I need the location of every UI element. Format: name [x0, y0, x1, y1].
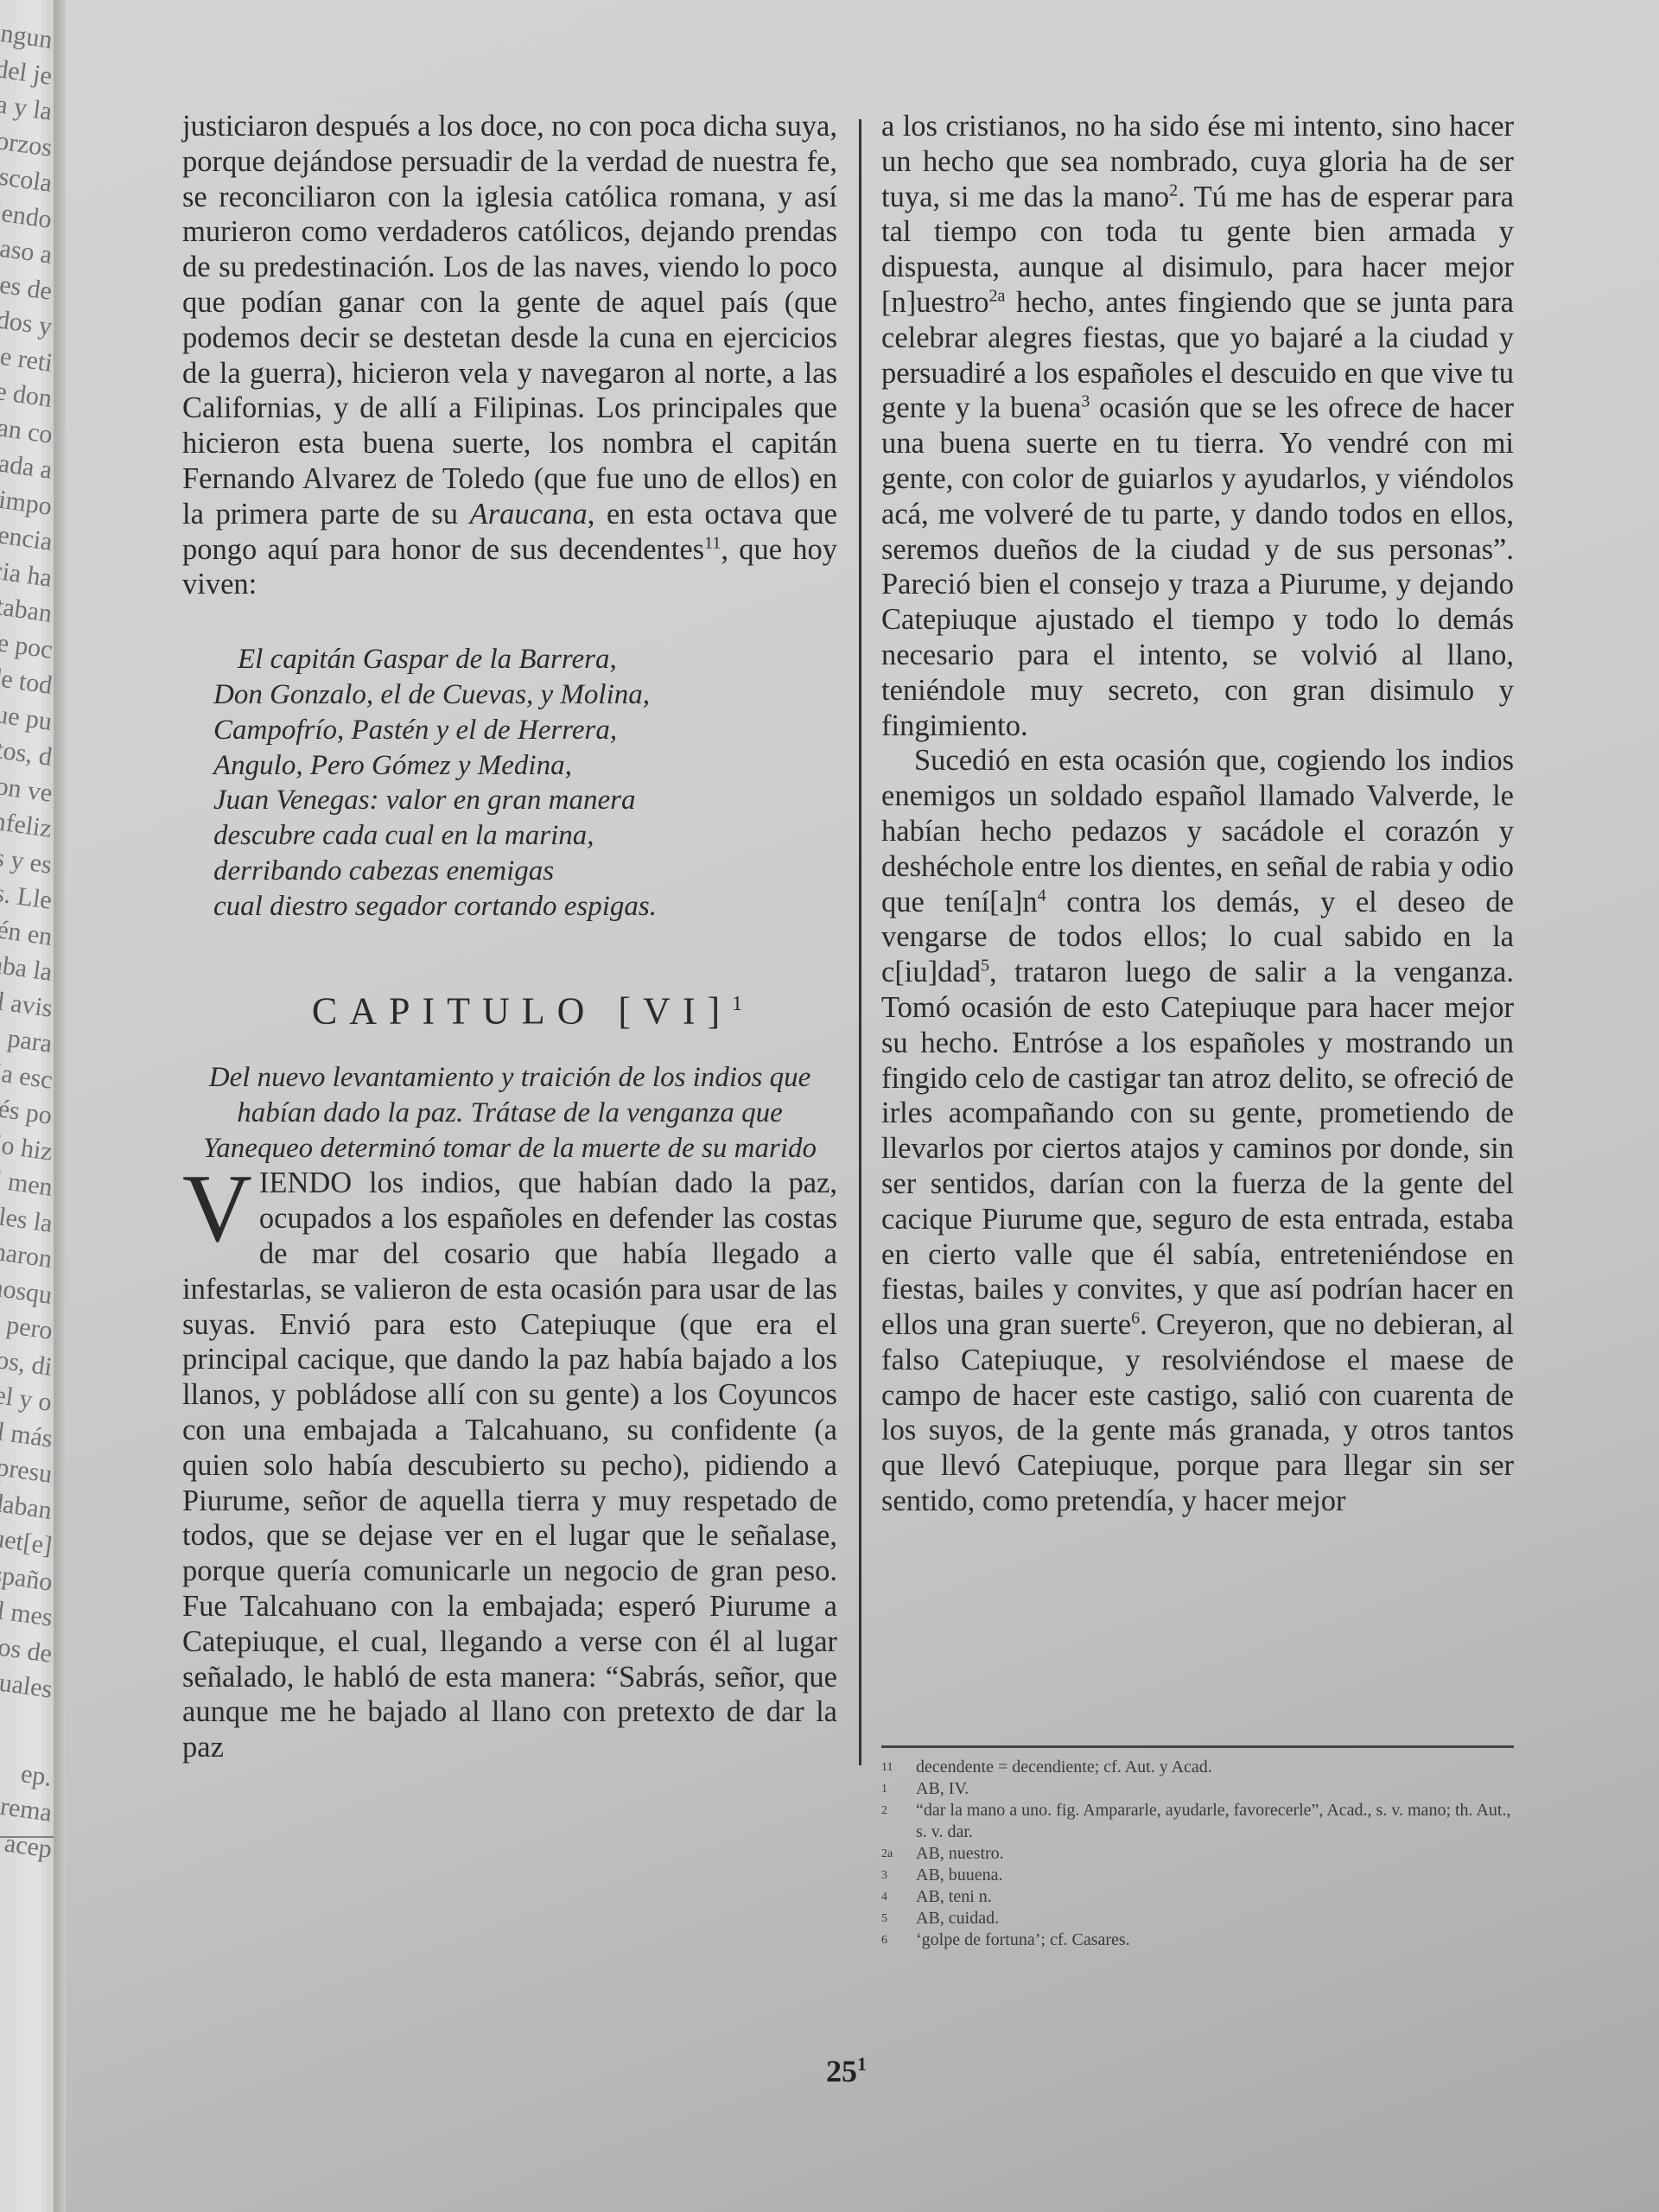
facing-page-text-fragment: es de	[0, 270, 54, 306]
facing-page-text-fragment: os. Lle	[0, 877, 54, 916]
verse-line: cual diestro segador cortando espigas.	[213, 889, 837, 925]
chapter-opening-paragraph: VIENDO los indios, que habían dado la pa…	[182, 1166, 837, 1765]
verse-line: Juan Venegas: valor en gran manera	[213, 783, 837, 818]
facing-page-edge: ningundel jeua y laforzosescolaviendocas…	[0, 0, 54, 2212]
left-column: justiciaron después a los doce, no con p…	[182, 109, 837, 1765]
facing-page-text-fragment: quet[e]	[0, 1522, 54, 1560]
facing-page-text-fragment: glés po	[0, 1091, 54, 1131]
facing-page-text-fragment: le poc	[0, 627, 54, 665]
facing-page-text-fragment: impo	[0, 485, 54, 521]
verse-line: El capitán Gaspar de la Barrera,	[213, 642, 837, 677]
facing-page-text-fragment: ndencia	[0, 517, 54, 557]
page-number: 251	[826, 2053, 867, 2089]
facing-page-text-fragment: el más	[0, 1415, 54, 1453]
facing-page-text-fragment: la esc	[0, 1058, 54, 1095]
facing-page-text-fragment: españo	[0, 1558, 54, 1597]
facing-page-text-fragment: chos de	[0, 1629, 54, 1669]
column-divider	[859, 119, 861, 1765]
facing-page-text-fragment: daban	[0, 1488, 54, 1526]
footnote-ref: 11	[704, 533, 721, 552]
facing-page-text-fragment: ua y la	[0, 88, 54, 127]
facing-page-text-fragment: el y o	[0, 1381, 54, 1418]
facing-page-text-fragment: escola	[0, 161, 54, 199]
facing-page-text-fragment: a; pero	[0, 1307, 54, 1346]
facing-page-text-fragment: que pu	[0, 697, 54, 736]
chapter-subtitle: Del nuevo levantamiento y traición de lo…	[182, 1060, 837, 1166]
book-page: justiciaron después a los doce, no con p…	[66, 0, 1659, 2212]
facing-page-text-fragment: del je	[0, 54, 54, 92]
facing-page-text-fragment: caso a	[0, 232, 54, 270]
facing-page-text-fragment: de don	[0, 375, 54, 414]
footnote: 6‘golpe de fortuna’; cf. Casares.	[881, 1929, 1514, 1951]
footnote: 1AB, IV.	[881, 1778, 1514, 1800]
facing-page-text-fragment: con ve	[0, 770, 54, 809]
verse-line: Don Gonzalo, el de Cuevas, y Molina,	[213, 677, 837, 713]
footnote: 2aAB, nuestro.	[881, 1843, 1514, 1865]
facing-page-text-fragment: de tod	[0, 663, 54, 701]
footnote: 4AB, teni n.	[881, 1886, 1514, 1908]
facing-page-text-fragment: a acep	[0, 1826, 54, 1864]
verse-line: Campofrío, Pastén y el de Herrera,	[213, 713, 837, 748]
footnote: 5AB, cuidad.	[881, 1908, 1514, 1929]
facing-page-text-fragment: forzos	[0, 124, 54, 162]
footnote: 2“dar la mano a uno. fig. Ampararle, ayu…	[881, 1800, 1514, 1843]
facing-page-text-fragment: ep.	[19, 1759, 54, 1793]
book-gutter	[54, 0, 66, 2212]
footnotes: 11decendente = decendiente; cf. Aut. y A…	[881, 1745, 1514, 1951]
facing-page-text-fragment: mosqu	[0, 1272, 54, 1311]
facing-page-text-fragment: taba la	[0, 949, 54, 988]
paragraph: Sucedió en esta ocasión que, cogiendo lo…	[881, 743, 1514, 1519]
opening-smallcaps: IENDO	[259, 1166, 352, 1199]
facing-page-text-fragment: ue rema	[0, 1788, 54, 1828]
facing-page-text-fragment: el mes	[0, 1594, 54, 1632]
facing-page-text-fragment: bajada a	[0, 444, 54, 485]
facing-page-text-fragment: ntos, d	[0, 734, 54, 772]
verse-line: derribando cabezas enemigas	[213, 854, 837, 889]
facing-page-text-fragment: echaron	[0, 1234, 54, 1274]
right-column: a los cristianos, no ha sido ése mi inte…	[881, 109, 1514, 1519]
facing-page-text-fragment: ncia ha	[0, 554, 54, 594]
facing-page-text-fragment: infeliz	[0, 805, 54, 843]
facing-page-text-fragment: bían co	[0, 410, 54, 449]
facing-page-text-fragment: én en	[0, 915, 54, 952]
facing-page-text-fragment: ningun	[0, 16, 54, 55]
verse-stanza: El capitán Gaspar de la Barrera, Don Gon…	[213, 642, 837, 924]
paragraph: justiciaron después a los doce, no con p…	[182, 109, 837, 602]
verse-line: descubre cada cual en la marina,	[213, 818, 837, 854]
footnote-rule	[881, 1745, 1514, 1748]
drop-cap: V	[182, 1171, 252, 1247]
facing-page-text-fragment: s y es	[0, 842, 54, 880]
facing-page-text-fragment: ros, di	[0, 1344, 54, 1382]
facing-page-text-fragment: viendo	[0, 195, 54, 234]
facing-page-text-fragment: estaban	[0, 589, 54, 629]
facing-page-text-fragment: on para	[0, 1020, 54, 1059]
footnote: 11decendente = decendiente; cf. Aut. y A…	[881, 1757, 1514, 1778]
paragraph: a los cristianos, no ha sido ése mi inte…	[881, 109, 1514, 743]
facing-page-text-fragment: s presu	[0, 1450, 54, 1489]
facing-page-text-fragment: s cuales	[0, 1664, 54, 1705]
footnote: 3AB, buuena.	[881, 1865, 1514, 1886]
chapter-heading: CAPITULO [VI]1	[182, 987, 837, 1029]
facing-page-text-fragment: tidos y	[0, 303, 54, 342]
facing-page-text-fragment: doles la	[0, 1198, 54, 1239]
facing-page-text-fragment: se reti	[0, 340, 54, 378]
facing-page-text-fragment: ol men	[0, 1164, 54, 1203]
verse-line: Angulo, Pero Gómez y Medina,	[213, 748, 837, 784]
facing-page-text-fragment: lo hiz	[0, 1129, 54, 1166]
facing-page-text-fragment: el avis	[0, 985, 54, 1023]
